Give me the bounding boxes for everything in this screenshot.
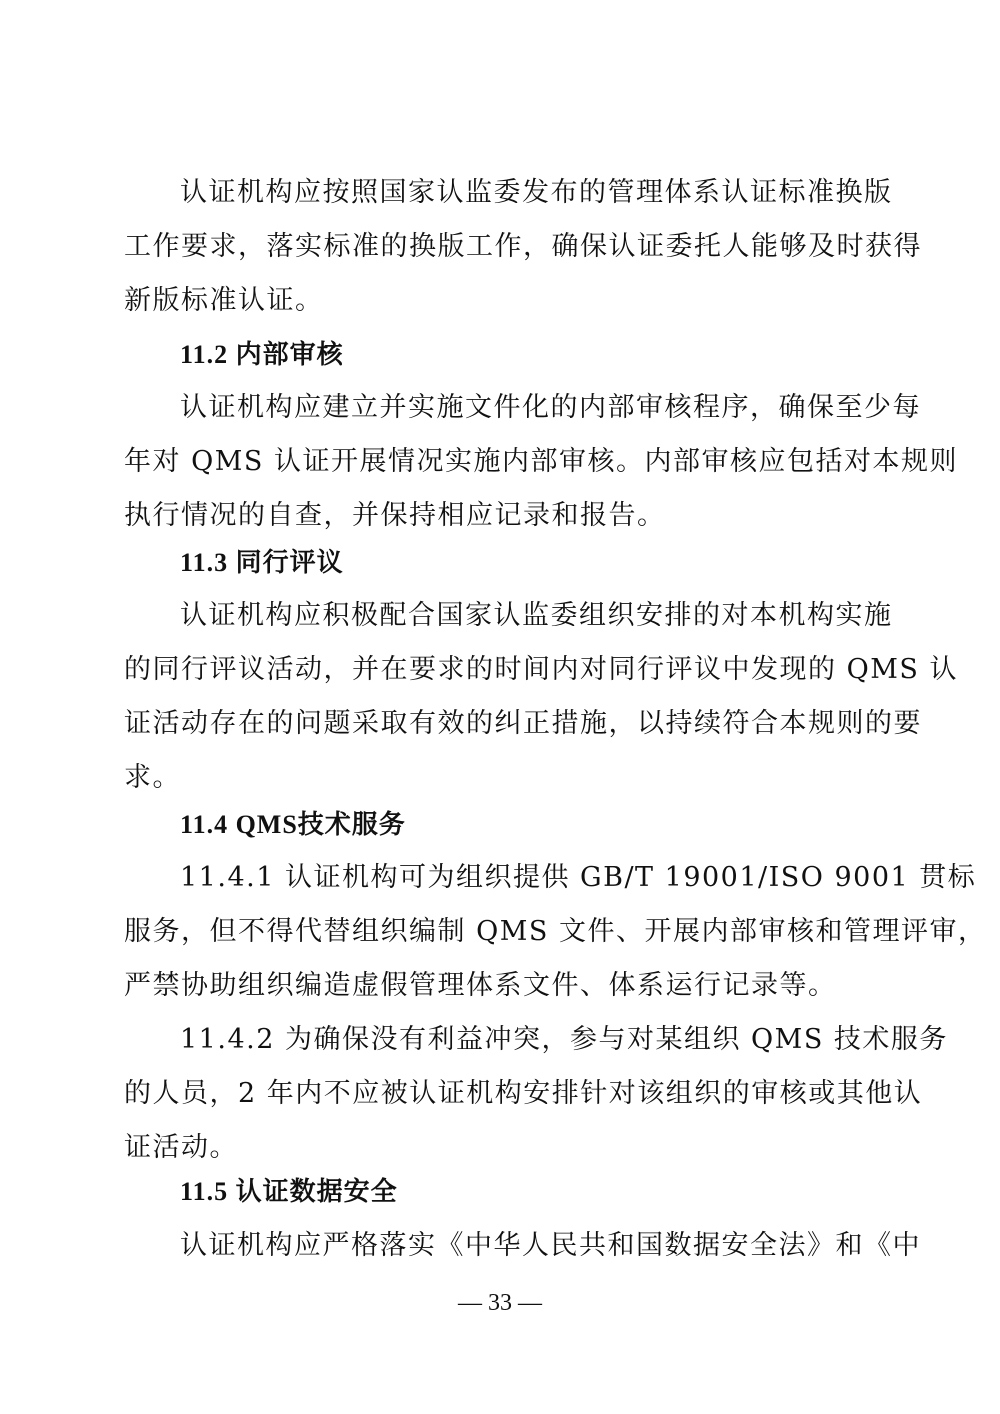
section-heading-11-5: 11.5 认证数据安全 bbox=[180, 1177, 884, 1207]
section-heading-11-4: 11.4 QMS技术服务 bbox=[180, 810, 884, 840]
paragraph-line: 的人员，2 年内不应被认证机构安排针对该组织的审核或其他认 bbox=[124, 1079, 884, 1109]
paragraph-line: 工作要求，落实标准的换版工作，确保认证委托人能够及时获得 bbox=[124, 232, 884, 262]
paragraph-line: 11.4.2 为确保没有利益冲突，参与对某组织 QMS 技术服务 bbox=[180, 1025, 884, 1055]
paragraph-line: 认证机构应按照国家认监委发布的管理体系认证标准换版 bbox=[180, 178, 884, 208]
document-page: 认证机构应按照国家认监委发布的管理体系认证标准换版 工作要求，落实标准的换版工作… bbox=[0, 0, 1000, 1414]
paragraph-line: 认证机构应严格落实《中华人民共和国数据安全法》和《中 bbox=[180, 1231, 884, 1261]
paragraph-line: 严禁协助组织编造虚假管理体系文件、体系运行记录等。 bbox=[124, 971, 884, 1001]
paragraph-line: 11.4.1 认证机构可为组织提供 GB/T 19001/ISO 9001 贯标 bbox=[180, 863, 884, 893]
page-number: — 33 — bbox=[0, 1290, 1000, 1317]
paragraph-line: 的同行评议活动，并在要求的时间内对同行评议中发现的 QMS 认 bbox=[124, 655, 884, 685]
section-heading-11-3: 11.3 同行评议 bbox=[180, 548, 884, 578]
paragraph-line: 证活动。 bbox=[124, 1133, 884, 1163]
paragraph-line: 认证机构应积极配合国家认监委组织安排的对本机构实施 bbox=[180, 601, 884, 631]
section-heading-11-2: 11.2 内部审核 bbox=[180, 340, 884, 370]
paragraph-line: 新版标准认证。 bbox=[124, 286, 884, 316]
paragraph-line: 求。 bbox=[124, 763, 884, 793]
paragraph-line: 年对 QMS 认证开展情况实施内部审核。内部审核应包括对本规则 bbox=[124, 447, 884, 477]
paragraph-line: 执行情况的自查，并保持相应记录和报告。 bbox=[124, 501, 884, 531]
paragraph-line: 证活动存在的问题采取有效的纠正措施，以持续符合本规则的要 bbox=[124, 709, 884, 739]
paragraph-line: 服务，但不得代替组织编制 QMS 文件、开展内部审核和管理评审， bbox=[124, 917, 884, 947]
paragraph-line: 认证机构应建立并实施文件化的内部审核程序，确保至少每 bbox=[180, 393, 884, 423]
